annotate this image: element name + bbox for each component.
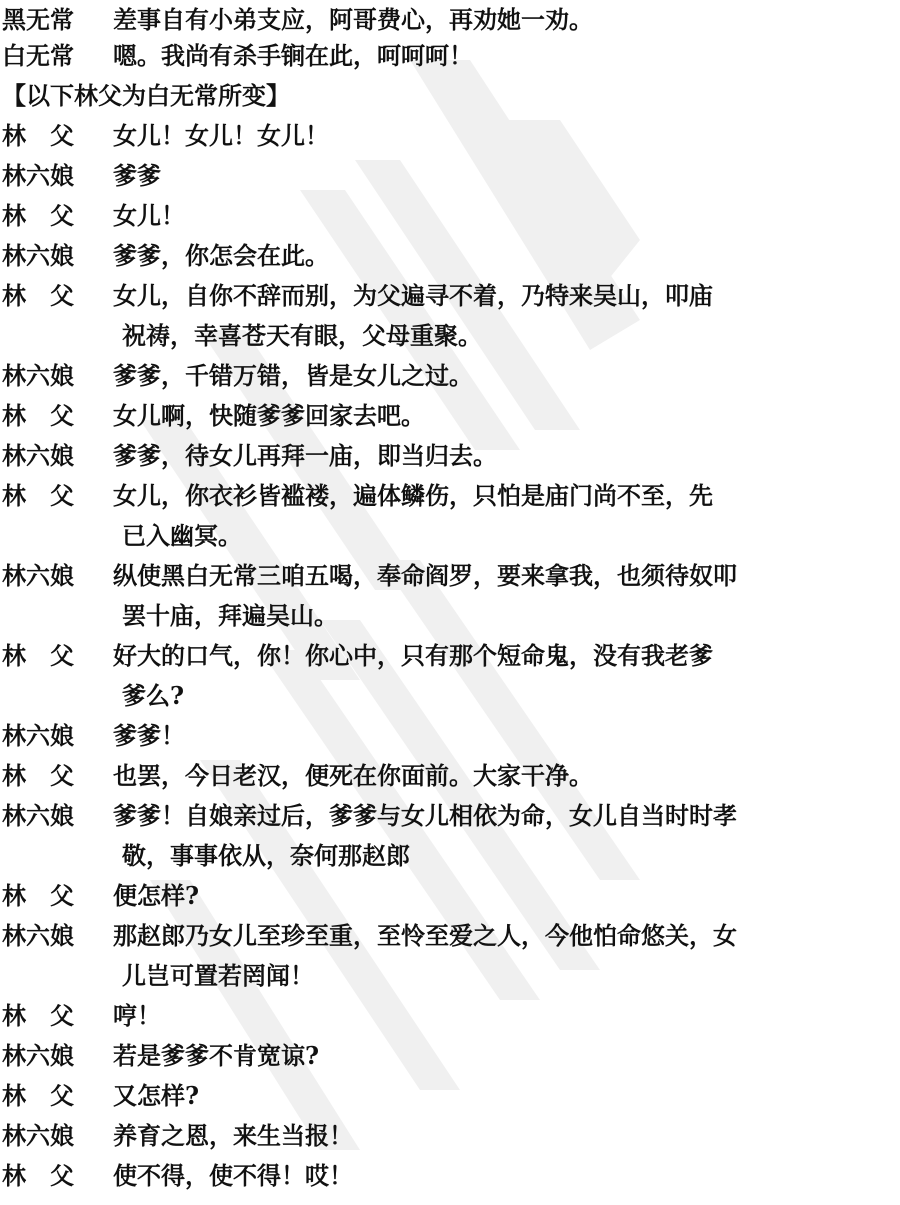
speaker-name: 林 父 — [2, 396, 74, 436]
speaker-name: 白无常 — [2, 36, 74, 76]
dialogue-text: 哼！ — [113, 996, 161, 1036]
dialogue-text: 爹爹！ — [113, 716, 185, 756]
speaker-name: 林六娘 — [2, 716, 74, 756]
speaker-name: 林六娘 — [2, 436, 74, 476]
dialogue-text: 养育之恩，来生当报！ — [113, 1116, 353, 1156]
dialogue-text: 女儿！女儿！女儿！ — [113, 116, 329, 156]
speaker-name: 林 父 — [2, 476, 74, 516]
dialogue-text-continued: 祝祷，幸喜苍天有眼，父母重聚。 — [122, 316, 482, 356]
dialogue-text: 女儿，自你不辞而别，为父遍寻不着，乃特来吴山，叩庙 — [113, 276, 713, 316]
speaker-name: 林六娘 — [2, 1116, 74, 1156]
dialogue-text-continued: 爹么? — [122, 676, 184, 716]
speaker-name: 林 父 — [2, 276, 74, 316]
dialogue-text: 女儿啊，快随爹爹回家去吧。 — [113, 396, 425, 436]
speaker-name: 林六娘 — [2, 156, 74, 196]
dialogue-text: 那赵郎乃女儿至珍至重，至怜至爱之人，今他怕命悠关，女 — [113, 916, 737, 956]
speaker-name: 林六娘 — [2, 556, 74, 596]
dialogue-text-continued: 儿岂可置若罔闻！ — [122, 956, 314, 996]
speaker-name: 林 父 — [2, 1156, 74, 1196]
dialogue-text: 爹爹，待女儿再拜一庙，即当归去。 — [113, 436, 497, 476]
dialogue-text-continued: 已入幽冥。 — [122, 516, 242, 556]
dialogue-text: 嗯。我尚有杀手锏在此，呵呵呵！ — [113, 36, 473, 76]
dialogue-text: 若是爹爹不肯宽谅? — [113, 1036, 319, 1076]
dialogue-text: 差事自有小弟支应，阿哥费心，再劝她一劝。 — [113, 0, 593, 40]
speaker-name: 林六娘 — [2, 356, 74, 396]
speaker-name: 林六娘 — [2, 796, 74, 836]
dialogue-text: 好大的口气，你！你心中，只有那个短命鬼，没有我老爹 — [113, 636, 713, 676]
dialogue-text: 女儿！ — [113, 196, 185, 236]
speaker-name: 林六娘 — [2, 236, 74, 276]
speaker-name: 林 父 — [2, 756, 74, 796]
dialogue-text: 使不得，使不得！哎！ — [113, 1156, 353, 1196]
speaker-name: 林 父 — [2, 636, 74, 676]
dialogue-text-continued: 罢十庙，拜遍吴山。 — [122, 596, 338, 636]
speaker-name: 林 父 — [2, 876, 74, 916]
dialogue-text: 纵使黑白无常三咱五喝，奉命阎罗，要来拿我，也须待奴叩 — [113, 556, 737, 596]
speaker-name: 林六娘 — [2, 1036, 74, 1076]
speaker-name: 林 父 — [2, 116, 74, 156]
dialogue-text-continued: 敬，事事依从，奈何那赵郎 — [122, 836, 410, 876]
stage-direction-text: 【以下林父为白无常所变】 — [2, 76, 290, 116]
speaker-name: 黑无常 — [2, 0, 74, 40]
speaker-name: 林 父 — [2, 196, 74, 236]
speaker-name: 林六娘 — [2, 916, 74, 956]
dialogue-text: 也罢，今日老汉，便死在你面前。大家干净。 — [113, 756, 593, 796]
dialogue-text: 又怎样? — [113, 1076, 199, 1116]
dialogue-text: 女儿，你衣衫皆褴褛，遍体鳞伤，只怕是庙门尚不至，先 — [113, 476, 713, 516]
speaker-name: 林 父 — [2, 996, 74, 1036]
dialogue-text: 爹爹，你怎会在此。 — [113, 236, 329, 276]
speaker-name: 林 父 — [2, 1076, 74, 1116]
dialogue-text: 便怎样? — [113, 876, 199, 916]
dialogue-text: 爹爹 — [113, 156, 161, 196]
dialogue-text: 爹爹，千错万错，皆是女儿之过。 — [113, 356, 473, 396]
dialogue-text: 爹爹！自娘亲过后，爹爹与女儿相依为命，女儿自当时时孝 — [113, 796, 737, 836]
